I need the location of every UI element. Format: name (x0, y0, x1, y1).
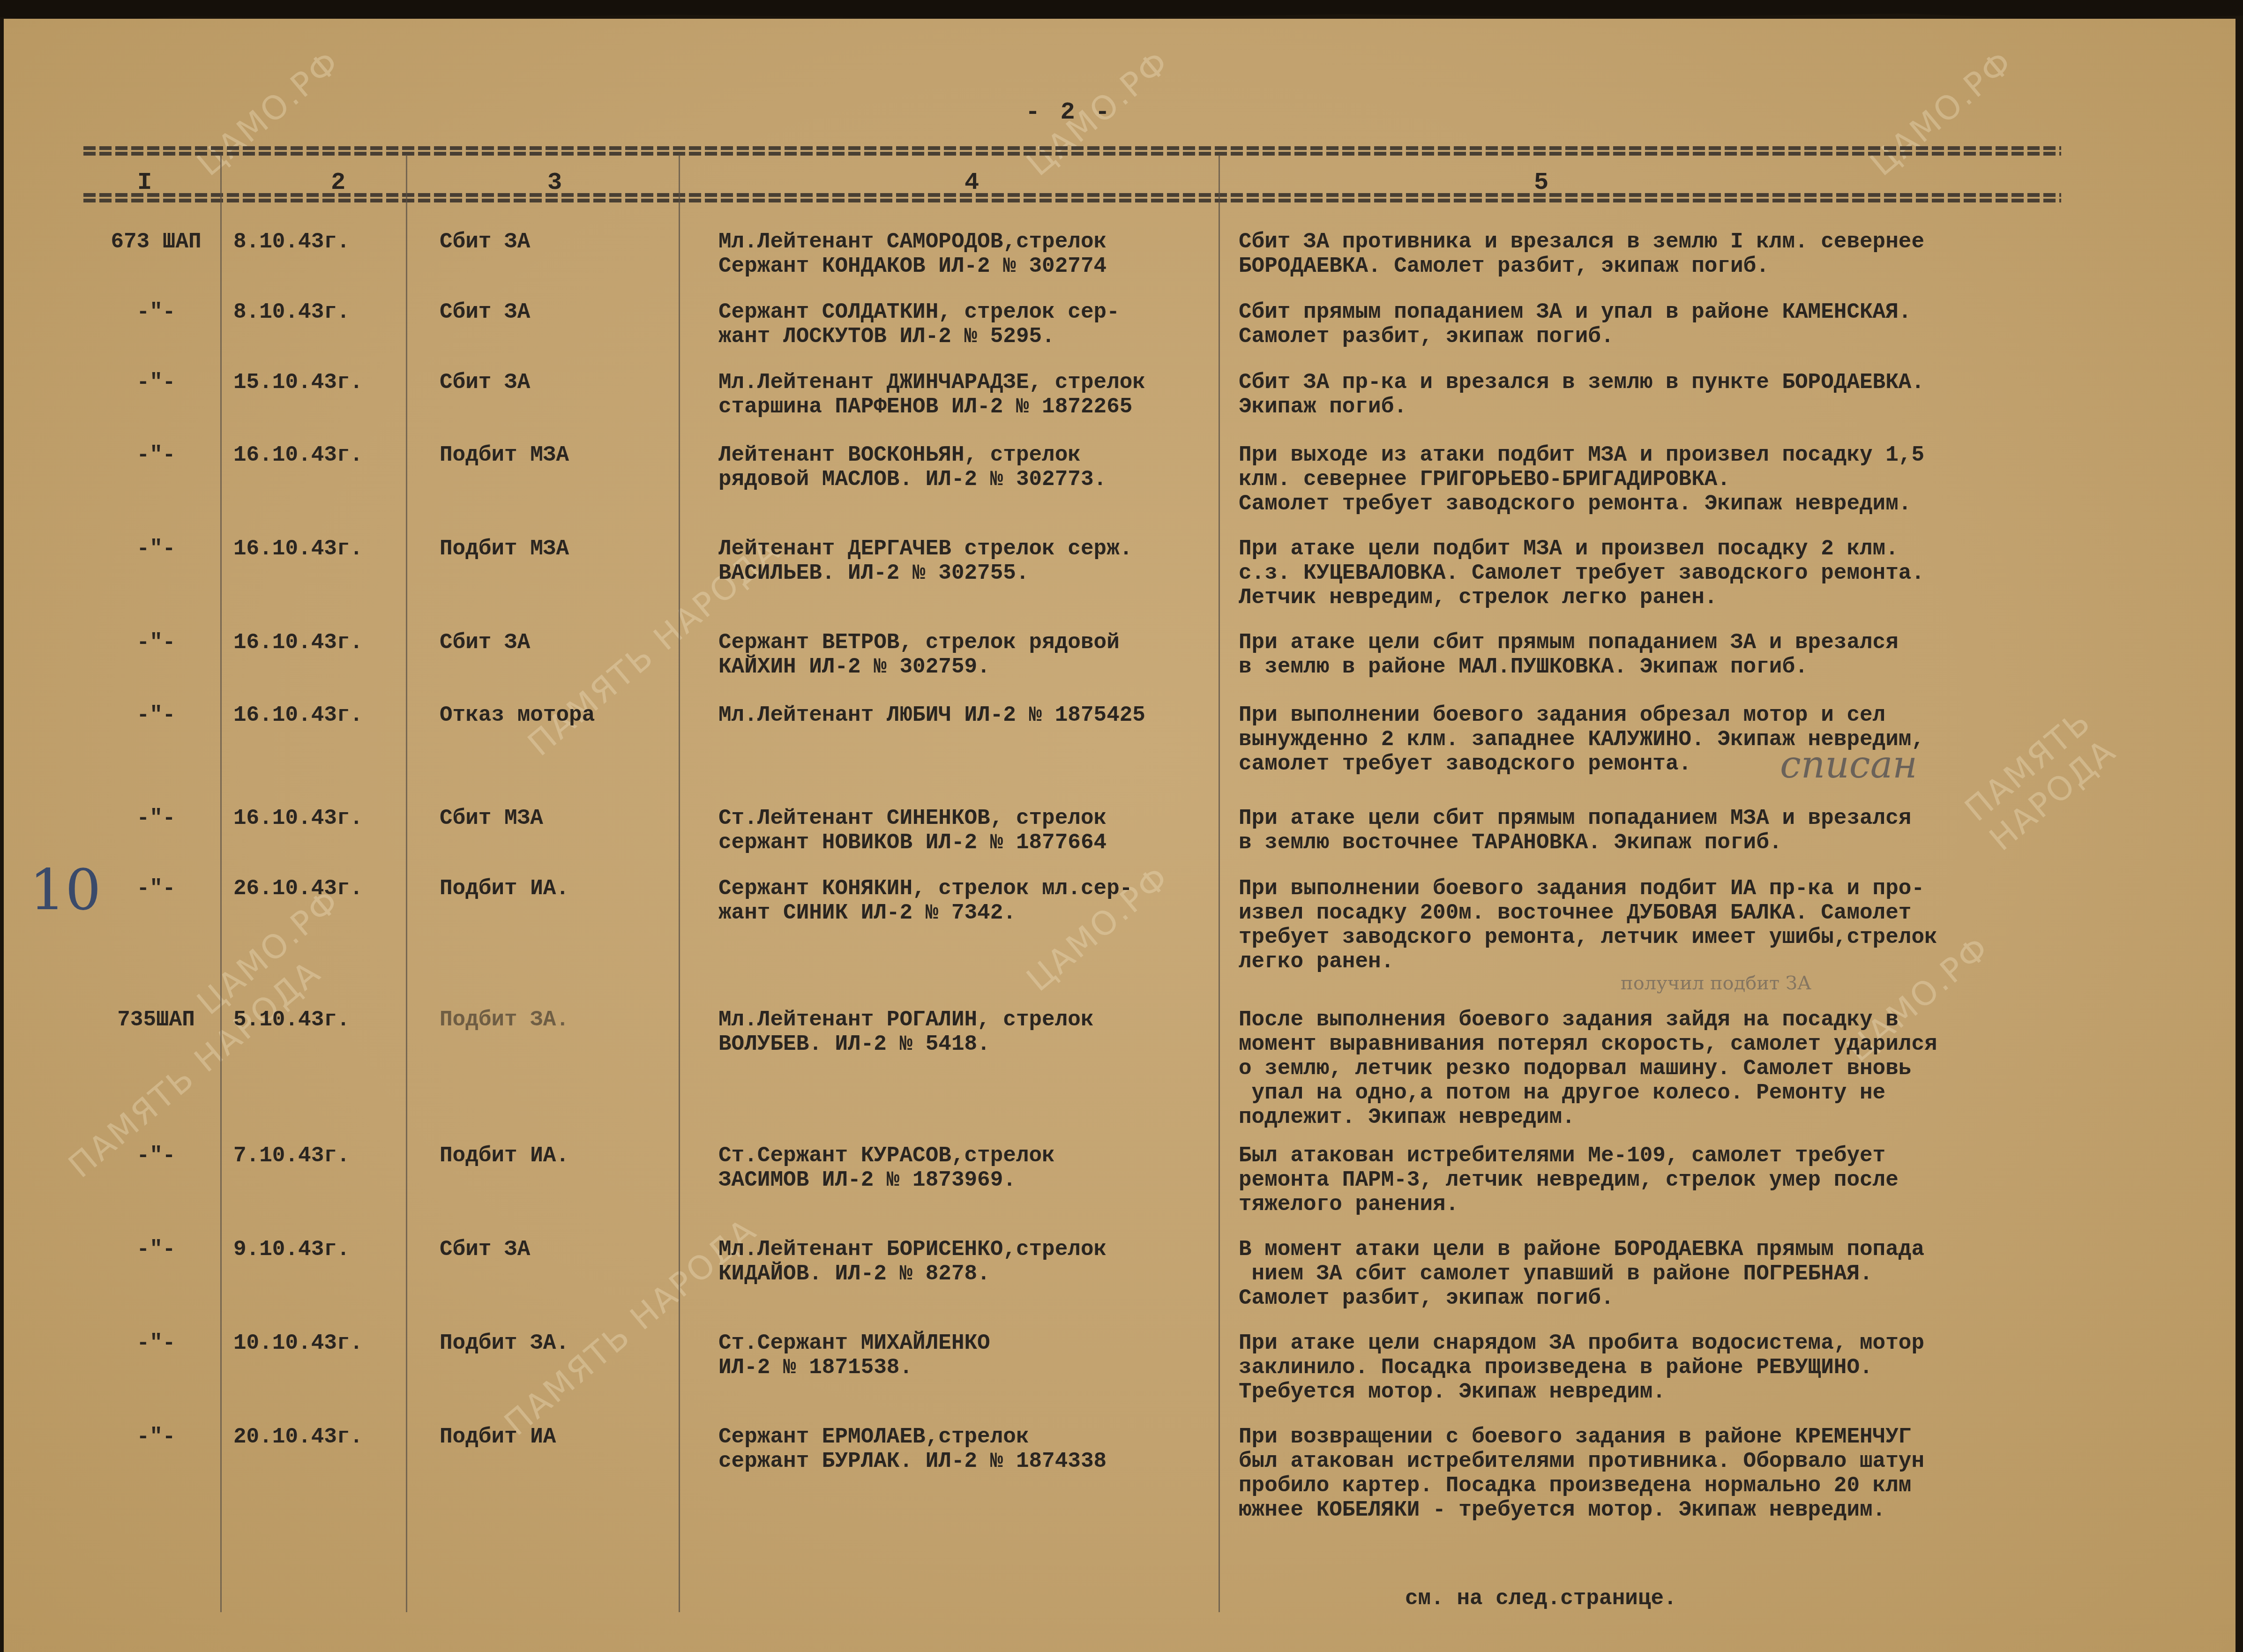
cause-cell: Подбит ИА (440, 1425, 556, 1449)
column-divider (1219, 155, 1220, 1612)
cause-cell: Сбит МЗА (440, 806, 543, 830)
header-bottom-rule (83, 193, 2061, 197)
description-cell: После выполнения боевого задания зайдя н… (1239, 1008, 1937, 1129)
date-cell: 9.10.43г. (233, 1237, 350, 1262)
unit-cell: 735ШАП (88, 1008, 224, 1032)
crew-cell: Мл.Лейтенант ДЖИНЧАРАДЗЕ, стрелок старши… (718, 370, 1145, 419)
description-cell: При возвращении с боевого задания в райо… (1239, 1425, 1924, 1522)
date-cell: 10.10.43г. (233, 1331, 363, 1355)
crew-cell: Сержант СОЛДАТКИН, стрелок сер- жант ЛОС… (718, 300, 1120, 349)
cause-cell: Подбит МЗА (440, 443, 569, 467)
cause-cell: Сбит ЗА (440, 230, 530, 254)
column-header-4: 4 (964, 169, 979, 196)
column-divider (679, 155, 680, 1612)
description-cell: При атаке цели снарядом ЗА пробита водос… (1239, 1331, 1924, 1404)
crew-cell: Сержант ВЕТРОВ, стрелок рядовой КАЙХИН И… (718, 630, 1120, 679)
cause-cell: Отказ мотора (440, 703, 595, 727)
column-header-3: 3 (547, 169, 562, 196)
unit-cell: -"- (88, 703, 224, 727)
unit-cell: -"- (88, 300, 224, 324)
date-cell: 16.10.43г. (233, 630, 363, 655)
unit-cell: -"- (88, 876, 224, 901)
unit-cell: -"- (88, 537, 224, 561)
unit-cell: -"- (88, 1144, 224, 1168)
crew-cell: Мл.Лейтенант ЛЮБИЧ ИЛ-2 № 1875425 (718, 703, 1145, 727)
cause-cell: Подбит ИА. (440, 1144, 569, 1168)
description-cell: В момент атаки цели в районе БОРОДАЕВКА … (1239, 1237, 1924, 1310)
description-cell: Сбит ЗА противника и врезался в землю I … (1239, 230, 1924, 278)
description-cell: При выполнении боевого задания подбит ИА… (1239, 876, 1937, 974)
unit-cell: -"- (88, 1425, 224, 1449)
crew-cell: Ст.Сержант КУРАСОВ,стрелок ЗАСИМОВ ИЛ-2 … (718, 1144, 1055, 1192)
column-header-1: I (137, 169, 152, 196)
date-cell: 16.10.43г. (233, 703, 363, 727)
column-divider (406, 155, 407, 1612)
unit-cell: -"- (88, 806, 224, 830)
date-cell: 15.10.43г. (233, 370, 363, 395)
crew-cell: Сержант ЕРМОЛАЕВ,стрелок сержант БУРЛАК.… (718, 1425, 1107, 1473)
margin-pencil-mark: 10 (30, 858, 101, 923)
cause-cell: Сбит ЗА (440, 370, 530, 395)
column-header-2: 2 (331, 169, 345, 196)
description-cell: Сбит ЗА пр-ка и врезался в землю в пункт… (1239, 370, 1924, 419)
date-cell: 26.10.43г. (233, 876, 363, 901)
crew-cell: Ст.Сержант МИХАЙЛЕНКО ИЛ-2 № 1871538. (718, 1331, 990, 1380)
description-cell: При атаке цели сбит прямым попаданием ЗА… (1239, 630, 1899, 679)
date-cell: 16.10.43г. (233, 537, 363, 561)
description-cell: Сбит прямым попаданием ЗА и упал в район… (1239, 300, 1911, 349)
crew-cell: Сержант КОНЯКИН, стрелок мл.сер- жант СИ… (718, 876, 1132, 925)
unit-cell: 673 ШАП (88, 230, 224, 254)
description-cell: При атаке цели подбит МЗА и произвел пос… (1239, 537, 1924, 610)
crew-cell: Мл.Лейтенант САМОРОДОВ,стрелок Сержант К… (718, 230, 1107, 278)
cause-cell: Сбит ЗА (440, 300, 530, 324)
date-cell: 16.10.43г. (233, 443, 363, 467)
cause-cell: Сбит ЗА (440, 1237, 530, 1262)
watermark-pamyat: ПАМЯТЬ НАРОДА (1958, 615, 2227, 858)
unit-cell: -"- (88, 443, 224, 467)
watermark-camo: ЦАМО.РФ (190, 43, 347, 184)
date-cell: 16.10.43г. (233, 806, 363, 830)
cause-cell: Подбит МЗА (440, 537, 569, 561)
cause-cell: Сбит ЗА (440, 630, 530, 655)
crew-cell: Мл.Лейтенант РОГАЛИН, стрелок ВОЛУБЕВ. И… (718, 1008, 1094, 1056)
watermark-camo: ЦАМО.РФ (190, 882, 347, 1023)
cause-cell: Подбит ИА. (440, 876, 569, 901)
crew-cell: Лейтенант ВОСКОНЬЯН, стрелок рядовой МАС… (718, 443, 1107, 492)
crew-cell: Ст.Лейтенант СИНЕНКОВ, стрелок сержант Н… (718, 806, 1107, 855)
date-cell: 20.10.43г. (233, 1425, 363, 1449)
cause-cell: Подбит ЗА. (440, 1331, 569, 1355)
date-cell: 7.10.43г. (233, 1144, 350, 1168)
column-header-5: 5 (1534, 169, 1548, 196)
overtyped-note: получил подбит ЗА (1621, 972, 1811, 994)
unit-cell: -"- (88, 630, 224, 655)
crew-cell: Лейтенант ДЕРГАЧЕВ стрелок серж. ВАСИЛЬЕ… (718, 537, 1132, 585)
unit-cell: -"- (88, 370, 224, 395)
page-number: - 2 - (1025, 98, 1113, 126)
handwritten-note: списан (1780, 743, 1917, 786)
description-cell: При атаке цели сбит прямым попаданием МЗ… (1239, 806, 1911, 855)
archive-document-page: ЦАМО.РФ ЦАМО.РФ ЦАМО.РФ ПАМЯТЬ НАРОДА ПА… (4, 19, 2236, 1652)
continued-footer: см. на след.странице. (1405, 1586, 1677, 1611)
date-cell: 8.10.43г. (233, 300, 350, 324)
description-cell: Был атакован истребителями Ме-109, самол… (1239, 1144, 1899, 1217)
cause-cell: Подбит ЗА. (440, 1008, 569, 1032)
header-top-rule (83, 146, 2061, 150)
unit-cell: -"- (88, 1331, 224, 1355)
watermark-camo: ЦАМО.РФ (1863, 43, 2020, 184)
description-cell: При выходе из атаки подбит МЗА и произве… (1239, 443, 1924, 516)
unit-cell: -"- (88, 1237, 224, 1262)
date-cell: 8.10.43г. (233, 230, 350, 254)
date-cell: 5.10.43г. (233, 1008, 350, 1032)
crew-cell: Мл.Лейтенант БОРИСЕНКО,стрелок КИДАЙОВ. … (718, 1237, 1107, 1286)
